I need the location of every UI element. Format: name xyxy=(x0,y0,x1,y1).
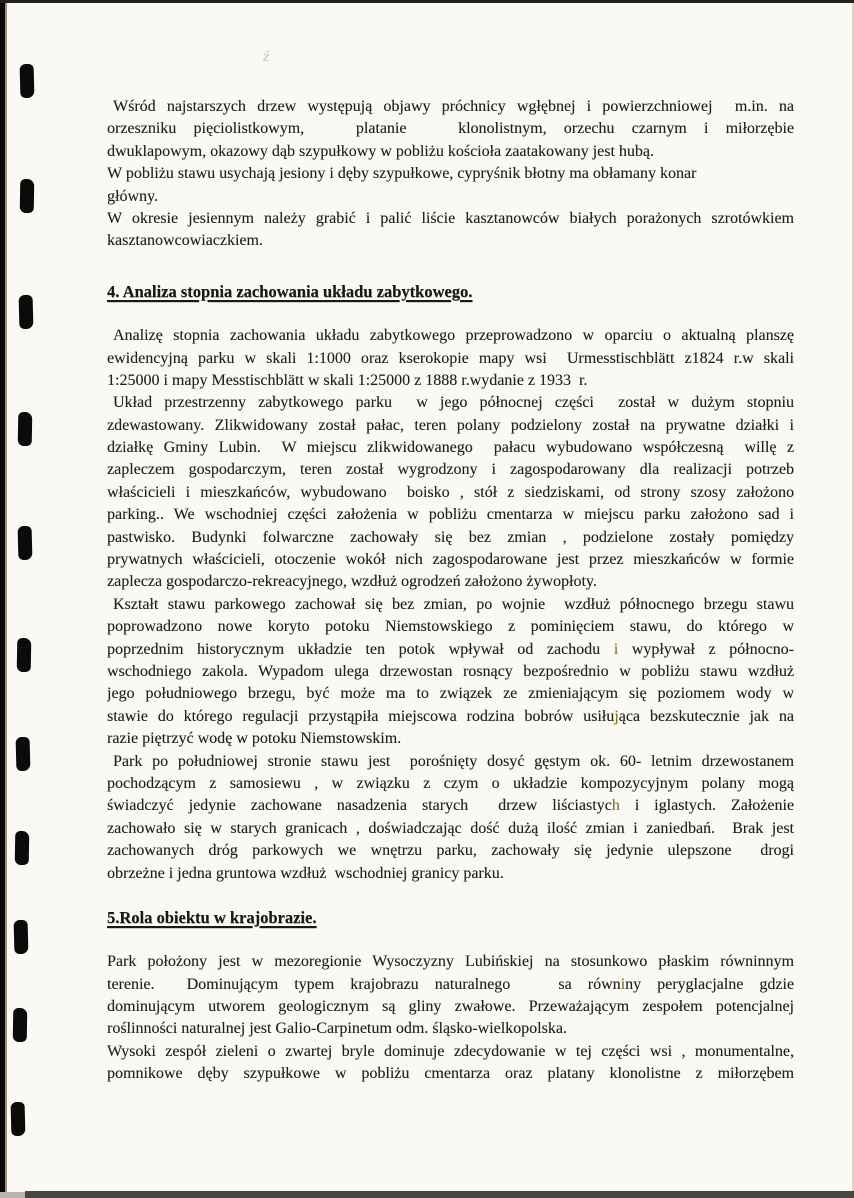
binding-hole xyxy=(11,1102,26,1136)
binding-hole xyxy=(19,295,34,329)
binding-hole xyxy=(15,831,30,865)
binding-hole xyxy=(20,64,35,98)
binding-hole xyxy=(20,179,35,213)
binding-hole xyxy=(16,737,31,771)
binding-holes xyxy=(0,0,854,1198)
scanned-document-page: { "scan": { "page_bg": "#faf9f4", "ink_c… xyxy=(0,0,854,1198)
binding-hole xyxy=(14,920,29,954)
binding-hole xyxy=(18,412,33,446)
binding-hole xyxy=(17,638,32,672)
binding-hole xyxy=(13,1008,28,1042)
binding-hole xyxy=(18,526,33,560)
